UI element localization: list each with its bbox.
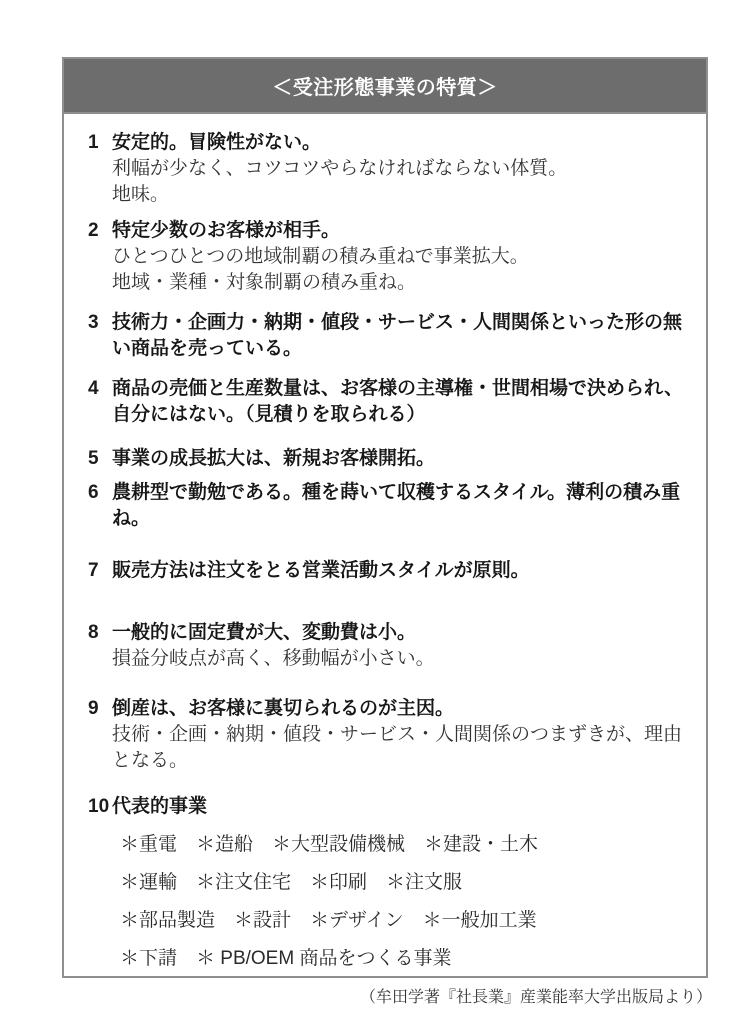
- item-sub-row: ＊部品製造 ＊設計 ＊デザイン ＊一般加工業: [112, 908, 690, 934]
- item-content: 販売方法は注文をとる営業活動スタイルが原則。: [112, 558, 690, 584]
- item-number: 4: [88, 376, 112, 402]
- item-heading: 事業の成長拡大は、新規お客様開拓。: [112, 446, 690, 472]
- characteristics-list: 1安定的。冒険性がない。利幅が少なく、コツコツやらなければならない体質。地味。2…: [88, 130, 690, 972]
- item-heading: 倒産は、お客様に裏切られるのが主因。: [112, 696, 690, 722]
- item-sub-row: ＊重電 ＊造船 ＊大型設備機械 ＊建設・土木: [112, 832, 690, 858]
- item-number: 6: [88, 480, 112, 506]
- item-number: 8: [88, 620, 112, 646]
- list-item: 5事業の成長拡大は、新規お客様開拓。: [88, 446, 690, 472]
- list-item: 2特定少数のお客様が相手。ひとつひとつの地域制覇の積み重ねで事業拡大。地域・業種…: [88, 218, 690, 296]
- item-number: 10: [88, 794, 112, 820]
- item-body-line: 損益分岐点が高く、移動幅が小さい。: [112, 646, 690, 672]
- item-body-line: 利幅が少なく、コツコツやらなければならない体質。: [112, 156, 690, 182]
- item-number: 7: [88, 558, 112, 584]
- item-heading: 代表的事業: [112, 794, 690, 820]
- item-content: 倒産は、お客様に裏切られるのが主因。技術・企画・納期・値段・サービス・人間関係の…: [112, 696, 690, 774]
- list-item: 3技術力・企画力・納期・値段・サービス・人間関係といった形の無い商品を売っている…: [88, 310, 690, 362]
- list-item: 8一般的に固定費が大、変動費は小。損益分岐点が高く、移動幅が小さい。: [88, 620, 690, 672]
- list-item: 1安定的。冒険性がない。利幅が少なく、コツコツやらなければならない体質。地味。: [88, 130, 690, 208]
- item-number: 1: [88, 130, 112, 156]
- item-body-line: ひとつひとつの地域制覇の積み重ねで事業拡大。: [112, 244, 690, 270]
- item-sub-row: ＊下請 ＊ PB/OEM 商品をつくる事業: [112, 946, 690, 972]
- characteristics-panel: ＜受注形態事業の特質＞ 1安定的。冒険性がない。利幅が少なく、コツコツやらなけれ…: [62, 57, 708, 978]
- item-content: 技術力・企画力・納期・値段・サービス・人間関係といった形の無い商品を売っている。: [112, 310, 690, 362]
- item-body-line: 技術・企画・納期・値段・サービス・人間関係のつまずきが、理由となる。: [112, 722, 690, 774]
- item-content: 農耕型で勤勉である。種を蒔いて収穫するスタイル。薄利の積み重ね。: [112, 480, 690, 532]
- list-item: 10代表的事業＊重電 ＊造船 ＊大型設備機械 ＊建設・土木＊運輸 ＊注文住宅 ＊…: [88, 794, 690, 972]
- item-number: 2: [88, 218, 112, 244]
- item-content: 事業の成長拡大は、新規お客様開拓。: [112, 446, 690, 472]
- list-item: 7販売方法は注文をとる営業活動スタイルが原則。: [88, 558, 690, 584]
- item-body-line: 地域・業種・対象制覇の積み重ね。: [112, 270, 690, 296]
- list-item: 6農耕型で勤勉である。種を蒔いて収穫するスタイル。薄利の積み重ね。: [88, 480, 690, 532]
- item-content: 商品の売価と生産数量は、お客様の主導権・世間相場で決められ、自分にはない。（見積…: [112, 376, 690, 428]
- item-number: 3: [88, 310, 112, 336]
- panel-title: ＜受注形態事業の特質＞: [272, 71, 498, 100]
- item-sub-row: ＊運輸 ＊注文住宅 ＊印刷 ＊注文服: [112, 870, 690, 896]
- item-heading: 一般的に固定費が大、変動費は小。: [112, 620, 690, 646]
- item-body-line: 地味。: [112, 182, 690, 208]
- item-content: 特定少数のお客様が相手。ひとつひとつの地域制覇の積み重ねで事業拡大。地域・業種・…: [112, 218, 690, 296]
- item-heading: 農耕型で勤勉である。種を蒔いて収穫するスタイル。薄利の積み重ね。: [112, 480, 690, 532]
- panel-title-bar: ＜受注形態事業の特質＞: [64, 59, 706, 114]
- item-heading: 技術力・企画力・納期・値段・サービス・人間関係といった形の無い商品を売っている。: [112, 310, 690, 362]
- list-item: 9倒産は、お客様に裏切られるのが主因。技術・企画・納期・値段・サービス・人間関係…: [88, 696, 690, 774]
- panel-body: 1安定的。冒険性がない。利幅が少なく、コツコツやらなければならない体質。地味。2…: [64, 114, 706, 972]
- page: { "panel": { "title": "＜受注形態事業の特質＞", "ti…: [0, 0, 748, 1024]
- item-number: 5: [88, 446, 112, 472]
- item-content: 安定的。冒険性がない。利幅が少なく、コツコツやらなければならない体質。地味。: [112, 130, 690, 208]
- item-heading: 特定少数のお客様が相手。: [112, 218, 690, 244]
- source-citation: （牟田学著『社長業』産業能率大学出版局より）: [360, 987, 712, 1009]
- item-heading: 安定的。冒険性がない。: [112, 130, 690, 156]
- item-content: 代表的事業＊重電 ＊造船 ＊大型設備機械 ＊建設・土木＊運輸 ＊注文住宅 ＊印刷…: [112, 794, 690, 972]
- list-item: 4商品の売価と生産数量は、お客様の主導権・世間相場で決められ、自分にはない。（見…: [88, 376, 690, 428]
- item-heading: 販売方法は注文をとる営業活動スタイルが原則。: [112, 558, 690, 584]
- item-number: 9: [88, 696, 112, 722]
- item-heading: 商品の売価と生産数量は、お客様の主導権・世間相場で決められ、自分にはない。（見積…: [112, 376, 690, 428]
- item-content: 一般的に固定費が大、変動費は小。損益分岐点が高く、移動幅が小さい。: [112, 620, 690, 672]
